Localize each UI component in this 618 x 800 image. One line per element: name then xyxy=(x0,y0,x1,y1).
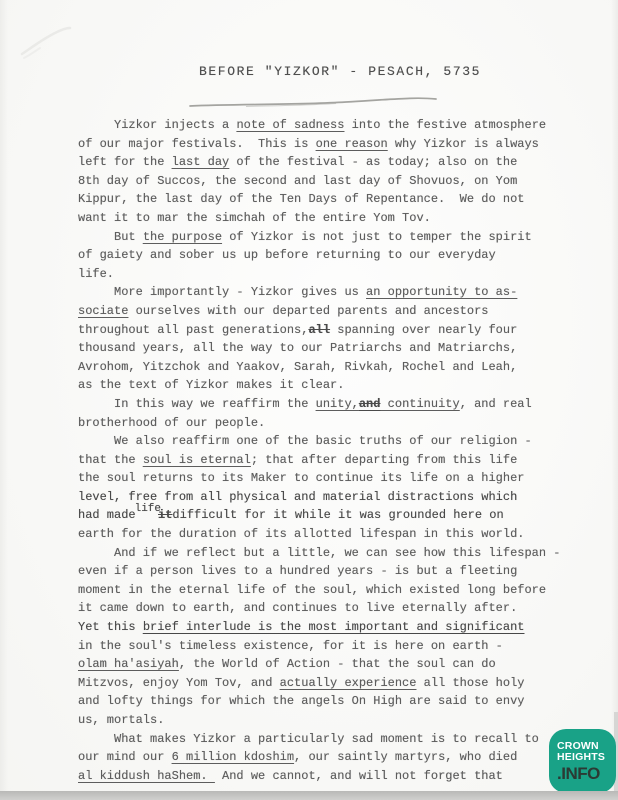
text-segment: Yet this xyxy=(78,620,143,634)
text-segment: one reason xyxy=(316,137,388,151)
text-line: it came down to earth, and continues to … xyxy=(78,599,558,618)
text-segment: brotherhood of our people. xyxy=(78,416,265,430)
text-line: Yizkor injects a note of sadness into th… xyxy=(78,116,558,135)
text-segment: life. xyxy=(78,267,114,281)
text-segment: Kippur, the last day of the Ten Days of … xyxy=(78,192,524,206)
text-segment: of gaiety and sober us up before returni… xyxy=(78,248,496,262)
logo-text-heights: HEIGHTS xyxy=(557,752,616,763)
text-segment: difficult for it while it was grounded h… xyxy=(172,508,503,522)
text-segment: 6 million kdoshim xyxy=(172,750,294,764)
text-line: in the soul's timeless existence, for it… xyxy=(78,637,558,656)
logo-text-info: .INFO xyxy=(557,765,616,782)
text-segment: moment in the eternal life of the soul, … xyxy=(78,583,546,597)
text-segment: all xyxy=(308,323,330,337)
text-segment: that the xyxy=(78,453,143,467)
text-segment: life xyxy=(135,503,161,515)
text-line: brotherhood of our people. xyxy=(78,414,558,433)
text-segment: brief interlude is the most important an… xyxy=(143,620,525,634)
text-line: More importantly - Yizkor gives us an op… xyxy=(78,283,558,302)
text-segment: unity, xyxy=(316,397,359,411)
text-line: And if we reflect but a little, we can s… xyxy=(78,544,558,563)
text-segment: earth for the duration of its allotted l… xyxy=(78,527,524,541)
text-segment: Yizkor injects a xyxy=(78,118,236,132)
text-line: In this way we reaffirm the unity,and co… xyxy=(78,395,558,414)
text-segment: And we cannot, and will not forget that xyxy=(215,769,503,783)
text-segment: why Yizkor is always xyxy=(388,137,539,151)
text-segment: the purpose xyxy=(143,230,222,244)
text-line: al kiddush haShem. And we cannot, and wi… xyxy=(78,767,558,786)
page-title: BEFORE "YIZKOR" - PESACH, 5735 xyxy=(199,64,481,79)
text-line: that the soul is eternal; that after dep… xyxy=(78,451,558,470)
text-segment: Mitzvos, enjoy Yom Tov, and xyxy=(78,676,280,690)
text-segment: note of sadness xyxy=(236,118,344,132)
text-segment: all those holy xyxy=(416,676,524,690)
text-line: as the text of Yizkor makes it clear. xyxy=(78,376,558,395)
text-line: 8th day of Succos, the second and last d… xyxy=(78,172,558,191)
text-segment: continuity xyxy=(380,397,459,411)
text-line: had madelifeitdifficult for it while it … xyxy=(78,506,558,525)
text-line: throughout all past generations,all span… xyxy=(78,321,558,340)
text-segment: And if we reflect but a little, we can s… xyxy=(78,546,560,560)
text-line: Yet this brief interlude is the most imp… xyxy=(78,618,558,637)
text-segment: spanning over nearly four xyxy=(330,323,517,337)
text-line: moment in the eternal life of the soul, … xyxy=(78,581,558,600)
text-segment: and xyxy=(359,397,381,411)
text-segment: ; that after departing from this life xyxy=(251,453,517,467)
text-line: of gaiety and sober us up before returni… xyxy=(78,246,558,265)
text-segment: as the text of Yizkor makes it clear. xyxy=(78,378,344,392)
text-segment: thousand years, all the way to our Patri… xyxy=(78,341,517,355)
document-body: Yizkor injects a note of sadness into th… xyxy=(78,116,558,785)
text-line: us, mortals. xyxy=(78,711,558,730)
logo-text-crown: CROWN xyxy=(557,741,616,752)
text-segment: sociate xyxy=(78,304,128,318)
text-segment: left for the xyxy=(78,155,172,169)
text-line: the soul returns to its Maker to continu… xyxy=(78,469,558,488)
text-line: our mind our 6 million kdoshim, our sain… xyxy=(78,748,558,767)
text-segment: , and real xyxy=(460,397,532,411)
text-segment: even if a person lives to a hundred year… xyxy=(78,564,517,578)
text-segment: , our saintly martyrs, who died xyxy=(294,750,517,764)
text-segment: olam ha'asiyah xyxy=(78,657,179,671)
text-segment: us, mortals. xyxy=(78,713,164,727)
text-line: and lofty things for which the angels On… xyxy=(78,692,558,711)
text-segment: soul is eternal xyxy=(143,453,251,467)
text-segment: of our major festivals. This is xyxy=(78,137,316,151)
text-segment: the soul returns to its Maker to continu… xyxy=(78,471,524,485)
text-segment: level, free from all physical and materi… xyxy=(78,490,517,504)
scan-edge-bottom xyxy=(0,791,618,800)
scanned-document-page: BEFORE "YIZKOR" - PESACH, 5735 Yizkor in… xyxy=(0,0,618,800)
text-segment: , the World of Action - that the soul ca… xyxy=(179,657,496,671)
text-segment: it came down to earth, and continues to … xyxy=(78,601,517,615)
text-line: earth for the duration of its allotted l… xyxy=(78,525,558,544)
text-line: want it to mar the simchah of the entire… xyxy=(78,209,558,228)
text-line: olam ha'asiyah, the World of Action - th… xyxy=(78,655,558,674)
text-segment: throughout all past generations, xyxy=(78,323,308,337)
pencil-mark xyxy=(16,20,76,70)
text-line: even if a person lives to a hundred year… xyxy=(78,562,558,581)
text-segment: More importantly - Yizkor gives us xyxy=(78,285,366,299)
text-segment: What makes Yizkor a particularly sad mom… xyxy=(78,732,539,746)
text-line: thousand years, all the way to our Patri… xyxy=(78,339,558,358)
text-segment: of the festival - as today; also on the xyxy=(229,155,517,169)
crownheights-info-logo: CROWN HEIGHTS .INFO xyxy=(549,729,616,793)
text-line: sociate ourselves with our departed pare… xyxy=(78,302,558,321)
text-line: left for the last day of the festival - … xyxy=(78,153,558,172)
text-segment: last day xyxy=(172,155,230,169)
text-segment: had made xyxy=(78,508,136,522)
text-segment: ourselves with our departed parents and … xyxy=(128,304,488,318)
text-segment: into the festive atmosphere xyxy=(344,118,546,132)
text-segment: want it to mar the simchah of the entire… xyxy=(78,211,431,225)
text-line: Mitzvos, enjoy Yom Tov, and actually exp… xyxy=(78,674,558,693)
text-segment: actually experience xyxy=(280,676,417,690)
text-line: What makes Yizkor a particularly sad mom… xyxy=(78,730,558,749)
title-underline-rule xyxy=(186,94,440,110)
text-segment: our mind our xyxy=(78,750,172,764)
text-line: life. xyxy=(78,265,558,284)
text-segment: an opportunity to as- xyxy=(366,285,517,299)
text-segment: In this way we reaffirm the xyxy=(78,397,316,411)
text-segment: of Yizkor is not just to temper the spir… xyxy=(222,230,532,244)
text-segment: al kiddush haShem. xyxy=(78,769,215,783)
text-segment: 8th day of Succos, the second and last d… xyxy=(78,174,517,188)
text-segment: and lofty things for which the angels On… xyxy=(78,694,524,708)
text-segment: But xyxy=(78,230,143,244)
text-line: We also reaffirm one of the basic truths… xyxy=(78,432,558,451)
text-line: Kippur, the last day of the Ten Days of … xyxy=(78,190,558,209)
text-segment: in the soul's timeless existence, for it… xyxy=(78,639,503,653)
text-line: of our major festivals. This is one reas… xyxy=(78,135,558,154)
text-segment: We also reaffirm one of the basic truths… xyxy=(78,434,532,448)
text-line: But the purpose of Yizkor is not just to… xyxy=(78,228,558,247)
text-line: Avrohom, Yitzchok and Yaakov, Sarah, Riv… xyxy=(78,358,558,377)
text-segment: Avrohom, Yitzchok and Yaakov, Sarah, Riv… xyxy=(78,360,517,374)
